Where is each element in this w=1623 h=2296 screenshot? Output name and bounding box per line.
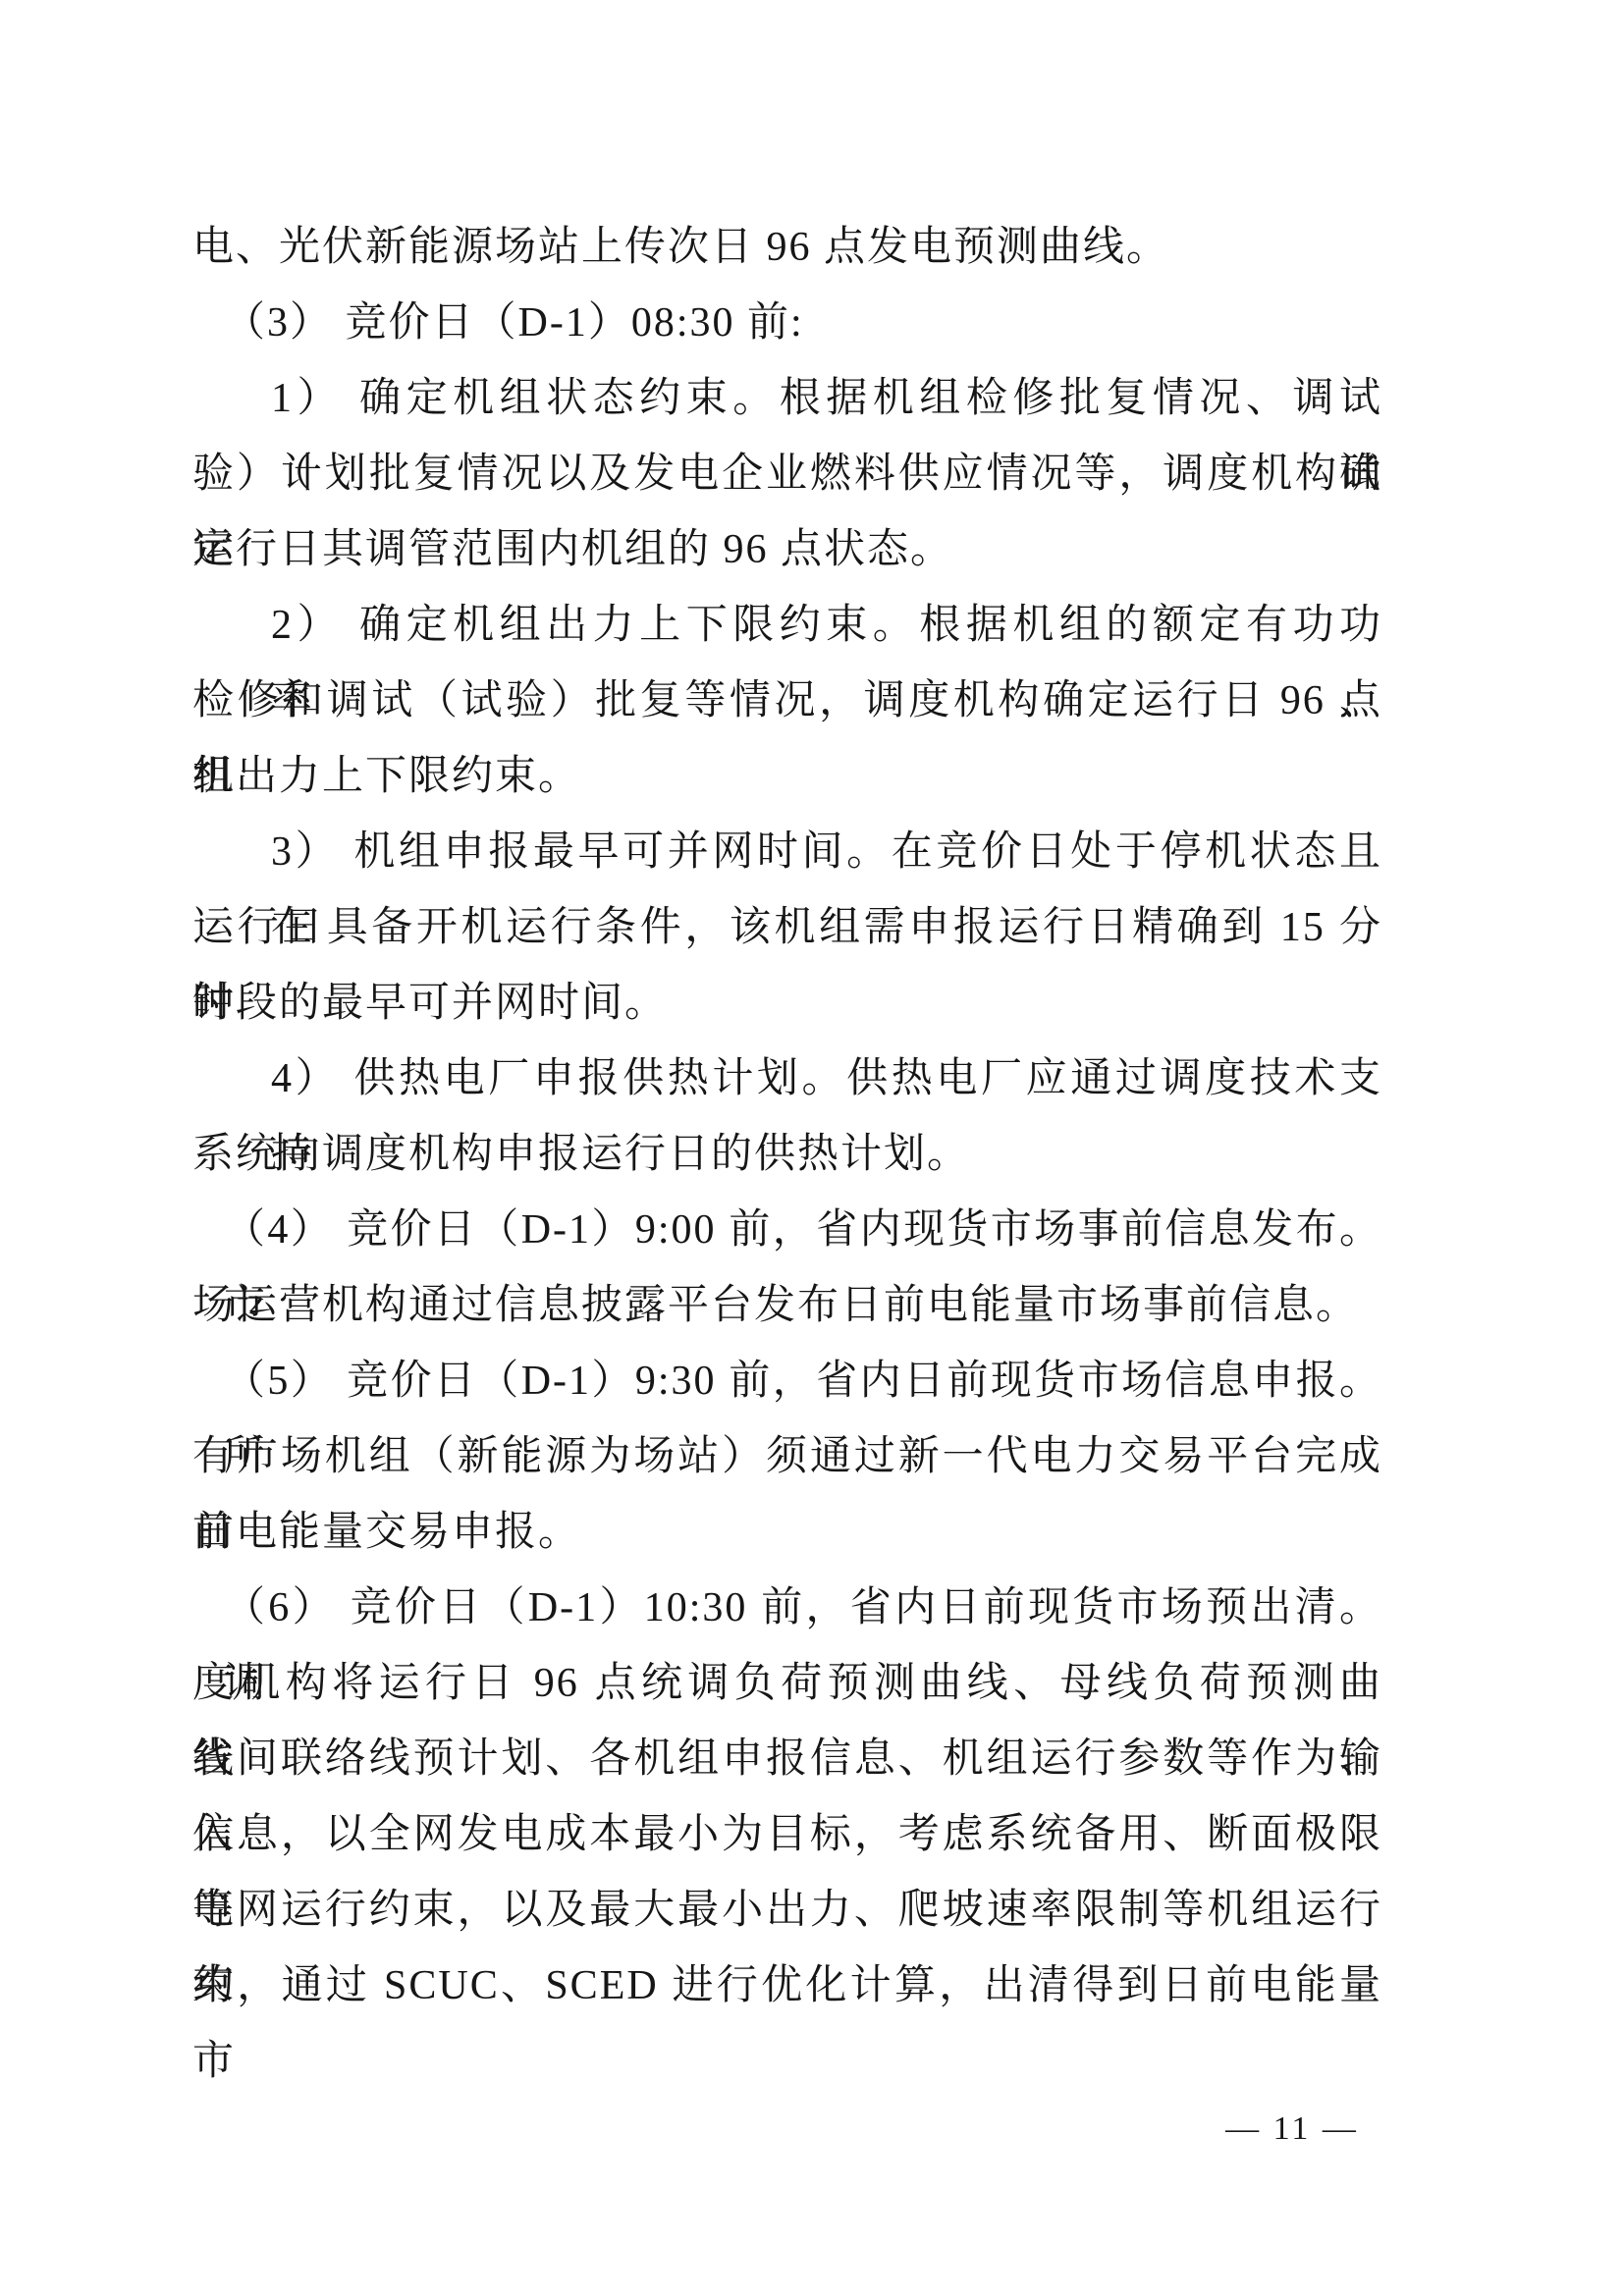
text-line: （3） 竞价日（D-1）08:30 前: [192, 286, 1382, 361]
text-line: 系统向调度机构申报运行日的供热计划。 [192, 1117, 1382, 1193]
text-line: 验）计划批复情况以及发电企业燃料供应情况等，调度机构确定 [192, 437, 1382, 512]
text-line: 检修和调试（试验）批复等情况，调度机构确定运行日 96 点机 [192, 664, 1382, 739]
text-line: 省间联络线预计划、各机组申报信息、机组运行参数等作为输入 [192, 1722, 1382, 1797]
text-line: 3） 机组申报最早可并网时间。在竞价日处于停机状态且在 [192, 815, 1382, 890]
body-text-block: 电、光伏新能源场站上传次日 96 点发电预测曲线。 （3） 竞价日（D-1）08… [192, 210, 1382, 2024]
text-line: 有市场机组（新能源为场站）须通过新一代电力交易平台完成日 [192, 1419, 1382, 1495]
text-line: 信息，以全网发电成本最小为目标，考虑系统备用、断面极限等 [192, 1797, 1382, 1873]
text-line: 时段的最早可并网时间。 [192, 966, 1382, 1041]
text-line: 束，通过 SCUC、SCED 进行优化计算，出清得到日前电能量市 [192, 1949, 1382, 2024]
text-line: 4） 供热电厂申报供热计划。供热电厂应通过调度技术支持 [192, 1041, 1382, 1117]
text-line: 组出力上下限约束。 [192, 739, 1382, 815]
text-line: （6） 竞价日（D-1）10:30 前，省内日前现货市场预出清。调 [192, 1571, 1382, 1646]
text-line: （5） 竞价日（D-1）9:30 前，省内日前现货市场信息申报。所 [192, 1344, 1382, 1419]
text-line: 电、光伏新能源场站上传次日 96 点发电预测曲线。 [192, 210, 1382, 286]
text-line: 电网运行约束，以及最大最小出力、爬坡速率限制等机组运行约 [192, 1873, 1382, 1949]
text-line: 1） 确定机组状态约束。根据机组检修批复情况、调试（试 [192, 361, 1382, 437]
text-line: 前电能量交易申报。 [192, 1495, 1382, 1571]
text-line: 运行日具备开机运行条件，该机组需申报运行日精确到 15 分钟 [192, 890, 1382, 966]
text-line: 度机构将运行日 96 点统调负荷预测曲线、母线负荷预测曲线、 [192, 1646, 1382, 1722]
document-page: 电、光伏新能源场站上传次日 96 点发电预测曲线。 （3） 竞价日（D-1）08… [0, 0, 1623, 2296]
text-line: 运行日其调管范围内机组的 96 点状态。 [192, 512, 1382, 588]
text-line: 场运营机构通过信息披露平台发布日前电能量市场事前信息。 [192, 1268, 1382, 1344]
text-line: （4） 竞价日（D-1）9:00 前，省内现货市场事前信息发布。市 [192, 1193, 1382, 1268]
text-line: 2） 确定机组出力上下限约束。根据机组的额定有功功率、 [192, 588, 1382, 664]
page-number: — 11 — [1206, 2108, 1379, 2151]
